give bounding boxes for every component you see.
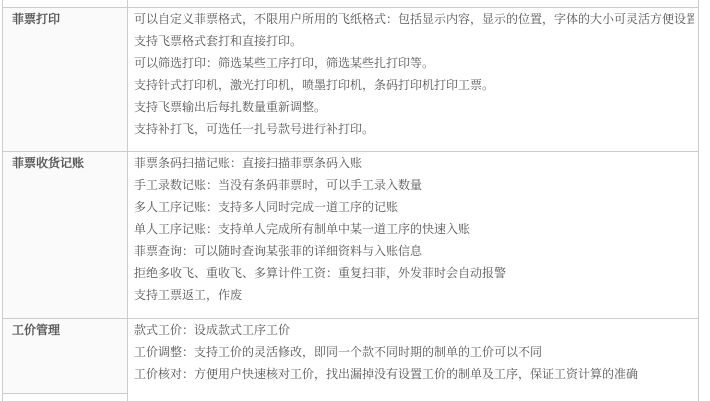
feature-table-page: 菲票打印 可以自定义菲票格式，不限用户所用的飞纸格式：包括显示内容，显示的位置，… xyxy=(0,0,710,401)
feature-content: 可以自定义菲票格式，不限用户所用的飞纸格式：包括显示内容，显示的位置，字体的大小… xyxy=(127,8,698,151)
feature-line: 款式工价：设成款式工序工价 xyxy=(134,319,694,341)
feature-line: 支持飞票格式套打和直接打印。 xyxy=(134,30,694,52)
feature-line: 多人工序记账：支持多人同时完成一道工序的记账 xyxy=(134,196,694,218)
feature-line: 菲票查询：可以随时查询某张菲的详细资料与入账信息 xyxy=(134,240,694,262)
feature-line: 单人工序记账：支持单人完成所有制单中某一道工序的快速入账 xyxy=(134,218,694,240)
feature-line: 手工录数记账：当没有条码菲票时，可以手工录入数量 xyxy=(134,174,694,196)
feature-label: 菲票收货记账 xyxy=(3,152,127,318)
table-row-partial xyxy=(3,0,698,8)
feature-line: 可以筛选打印：筛选某些工序打印，筛选某些扎打印等。 xyxy=(134,52,694,74)
feature-line: 工价调整：支持工价的灵活修改，即同一个款不同时期的制单的工价可以不同 xyxy=(134,341,694,363)
feature-table: 菲票打印 可以自定义菲票格式，不限用户所用的飞纸格式：包括显示内容，显示的位置，… xyxy=(2,0,699,401)
feature-content: 款式工价：设成款式工序工价 工价调整：支持工价的灵活修改，即同一个款不同时期的制… xyxy=(127,319,698,401)
feature-line: 菲票条码扫描记账：直接扫描菲票条码入账 xyxy=(134,152,694,174)
feature-line: 支持针式打印机，激光打印机，喷墨打印机，条码打印机打印工票。 xyxy=(134,74,694,96)
feature-line: 拒绝多收飞、重收飞、多算计件工资：重复扫菲，外发菲时会自动报警 xyxy=(134,262,694,284)
table-row: 菲票收货记账 菲票条码扫描记账：直接扫描菲票条码入账 手工录数记账：当没有条码菲… xyxy=(3,152,698,319)
feature-label: 工价管理 xyxy=(3,319,127,394)
table-row: 工价管理 款式工价：设成款式工序工价 工价调整：支持工价的灵活修改，即同一个款不… xyxy=(3,319,698,401)
partial-content-cell xyxy=(127,0,698,7)
feature-line: 工价核对：方便用户快速核对工价，找出漏掉没有设置工价的制单及工序，保证工资计算的… xyxy=(134,363,694,385)
partial-label-cell xyxy=(3,0,127,7)
feature-line: 可以自定义菲票格式，不限用户所用的飞纸格式：包括显示内容，显示的位置，字体的大小… xyxy=(134,8,694,30)
feature-line: 支持工票返工，作废 xyxy=(134,284,694,306)
feature-line: 支持补打飞，可选任一扎号款号进行补打印。 xyxy=(134,118,694,140)
table-row: 菲票打印 可以自定义菲票格式，不限用户所用的飞纸格式：包括显示内容，显示的位置，… xyxy=(3,8,698,152)
feature-label: 菲票打印 xyxy=(3,8,127,151)
feature-content: 菲票条码扫描记账：直接扫描菲票条码入账 手工录数记账：当没有条码菲票时，可以手工… xyxy=(127,152,698,318)
feature-line: 支持飞票输出后每扎数量重新调整。 xyxy=(134,96,694,118)
feature-label-wrap: 工价管理 xyxy=(3,319,127,401)
